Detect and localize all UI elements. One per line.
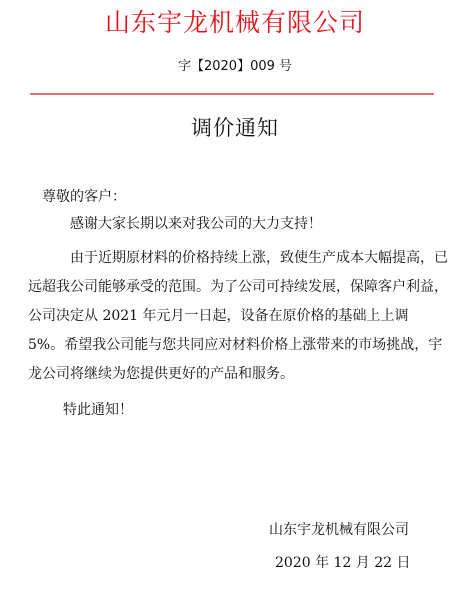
signature-date: 2020 年 12 月 22 日: [275, 553, 411, 573]
notice-title: 调价通知: [0, 114, 470, 142]
signature-company: 山东宇龙机械有限公司: [269, 520, 409, 540]
closing-line: 特此通知！: [63, 396, 470, 425]
document-number: 字【2020】009 号: [0, 58, 470, 76]
paragraph-price-adjustment: 由于近期原材料的价格持续上涨，致使生产成本大幅提高，已远超我公司能够承受的范围。…: [28, 244, 448, 389]
paragraph-thanks: 感谢大家长期以来对我公司的大力支持！: [28, 210, 448, 239]
company-letterhead: 山东宇龙机械有限公司: [0, 8, 470, 38]
letterhead-divider: [30, 93, 434, 95]
salutation: 尊敬的客户：: [42, 183, 462, 212]
